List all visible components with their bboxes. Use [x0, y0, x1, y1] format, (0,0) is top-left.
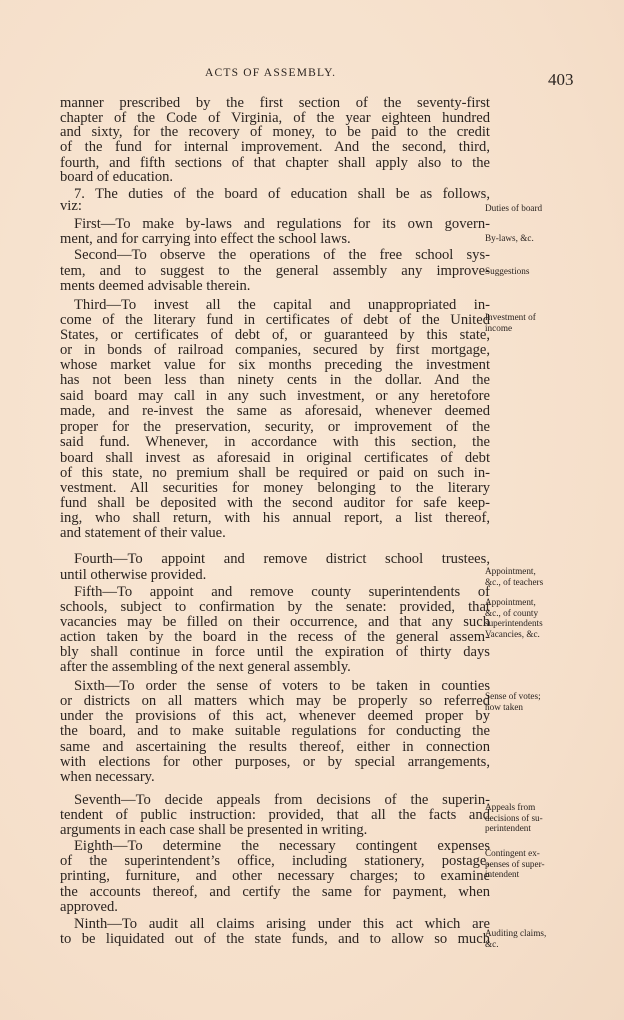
body-line: Seventh—To decide appeals from decisions…: [74, 793, 490, 807]
margin-note: &c.: [485, 939, 499, 950]
body-line: same and ascertaining the results thereo…: [60, 740, 490, 754]
body-line: of the fund for internal improvement. An…: [60, 140, 490, 154]
body-line: or in bonds of railroad companies, secur…: [60, 343, 490, 357]
body-line: until otherwise provided.: [60, 568, 490, 582]
body-line: come of the literary fund in certificate…: [60, 313, 490, 327]
body-line: to be liquidated out of the state funds,…: [60, 932, 490, 946]
body-line: Sixth—To order the sense of voters to be…: [74, 679, 490, 693]
body-line: States, or certificates of debt of, or g…: [60, 328, 490, 342]
body-line: under the provisions of this act, whenev…: [60, 709, 490, 723]
body-line: and sixty, for the recovery of money, to…: [60, 125, 490, 139]
margin-note: Contingent ex-: [485, 848, 540, 859]
body-line: Fifth—To appoint and remove county super…: [74, 585, 490, 599]
margin-note: Appeals from: [485, 802, 535, 813]
margin-note: intendent: [485, 869, 519, 880]
body-line: approved.: [60, 900, 490, 914]
body-line: or districts on all matters which may be…: [60, 694, 490, 708]
margin-note: decisions of su-: [485, 813, 543, 824]
body-line: viz:: [60, 199, 490, 213]
body-line: Fourth—To appoint and remove district sc…: [74, 552, 490, 566]
body-line: vestment. All securities for money belon…: [60, 481, 490, 495]
body-line: Eighth—To determine the necessary contin…: [74, 839, 490, 853]
margin-note: Vacancies, &c.: [485, 629, 540, 640]
body-line: tendent of public instruction: provided,…: [60, 808, 490, 822]
body-line: ing, who shall return, with his annual r…: [60, 511, 490, 525]
margin-note: Duties of board: [485, 203, 542, 214]
body-line: after the assembling of the next general…: [60, 660, 490, 674]
body-line: when necessary.: [60, 770, 490, 784]
body-line: action taken by the board in the recess …: [60, 630, 490, 644]
body-line: manner prescribed by the first section o…: [60, 96, 490, 110]
body-line: of the superintendent’s office, includin…: [60, 854, 490, 868]
body-line: tem, and to suggest to the general assem…: [60, 264, 490, 278]
margin-note: &c., of county: [485, 608, 538, 619]
margin-note: Appointment,: [485, 566, 536, 577]
body-line: said board may call in any such investme…: [60, 389, 490, 403]
body-line: the accounts thereof, and certify the sa…: [60, 885, 490, 899]
body-line: board shall invest as aforesaid in origi…: [60, 451, 490, 465]
margin-note: how taken: [485, 702, 523, 713]
margin-note: &c., of teachers: [485, 577, 543, 588]
body-line: ment, and for carrying into effect the s…: [60, 232, 490, 246]
margin-note: Suggestions: [485, 266, 529, 277]
body-line: bly shall continue in force until the ex…: [60, 645, 490, 659]
margin-note: perintendent: [485, 823, 531, 834]
body-line: fund shall be deposited with the second …: [60, 496, 490, 510]
body-line: the board, and to make suitable regulati…: [60, 724, 490, 738]
running-head: ACTS OF ASSEMBLY.: [205, 67, 336, 79]
body-line: board of education.: [60, 170, 490, 184]
body-line: printing, furniture, and other necessary…: [60, 869, 490, 883]
body-line: Second—To observe the operations of the …: [74, 248, 490, 262]
scanned-page: ACTS OF ASSEMBLY. 403 manner prescribed …: [0, 0, 624, 1020]
margin-note: income: [485, 323, 512, 334]
body-line: Third—To invest all the capital and unap…: [74, 298, 490, 312]
body-line: made, and re-invest the same as aforesai…: [60, 404, 490, 418]
body-line: proper for the preservation, security, o…: [60, 420, 490, 434]
body-line: has not been less than ninety cents in t…: [60, 373, 490, 387]
margin-note: superintendents: [485, 618, 543, 629]
body-line: vacancies may be filled on their occurre…: [60, 615, 490, 629]
margin-note: penses of super-: [485, 859, 545, 870]
body-line: Ninth—To audit all claims arising under …: [74, 917, 490, 931]
margin-note: Sense of votes;: [485, 691, 541, 702]
body-line: ments deemed advisable therein.: [60, 279, 490, 293]
body-line: and statement of their value.: [60, 526, 490, 540]
body-line: of this state, no premium shall be requi…: [60, 466, 490, 480]
page-number: 403: [548, 70, 574, 90]
margin-note: Appointment,: [485, 597, 536, 608]
body-line: whose market value for six months preced…: [60, 358, 490, 372]
body-line: arguments in each case shall be presente…: [60, 823, 490, 837]
margin-note: Auditing claims,: [485, 928, 546, 939]
body-line: with elections for other purposes, or by…: [60, 755, 490, 769]
body-line: fourth, and fifth sections of that chapt…: [60, 156, 490, 170]
body-line: schools, subject to confirmation by the …: [60, 600, 490, 614]
margin-note: By-laws, &c.: [485, 233, 534, 244]
margin-note: Investment of: [485, 312, 536, 323]
body-line: said fund. Whenever, in accordance with …: [60, 435, 490, 449]
body-line: First—To make by-laws and regulations fo…: [74, 217, 490, 231]
body-line: chapter of the Code of Virginia, of the …: [60, 111, 490, 125]
